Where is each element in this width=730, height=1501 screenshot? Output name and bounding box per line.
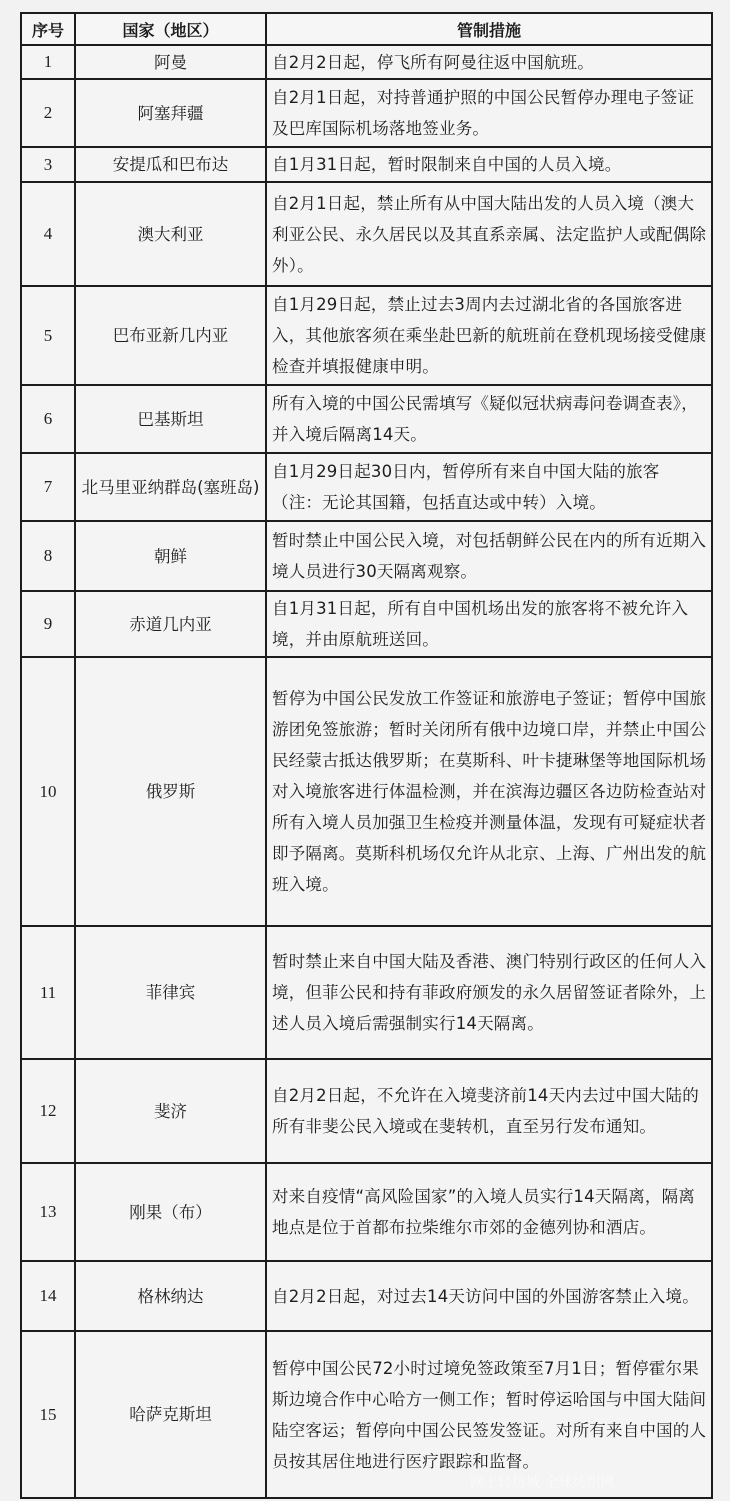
row-measure: 自2月1日起，对持普通护照的中国公民暂停办理电子签证及巴库国际机场落地签业务。	[266, 79, 712, 147]
row-country: 俄罗斯	[75, 657, 266, 926]
table-row: 14格林纳达自2月2日起，对过去14天访问中国的外国游客禁止入境。	[21, 1261, 712, 1331]
table-row: 11菲律宾暂时禁止来自中国大陆及香港、澳门特别行政区的任何人入境，但菲公民和持有…	[21, 926, 712, 1059]
row-measure: 所有入境的中国公民需填写《疑似冠状病毒问卷调查表》，并入境后隔离14天。	[266, 385, 712, 453]
row-measure: 自1月29日起30日内，暂停所有来自中国大陆的旅客（注：无论其国籍，包括直达或中…	[266, 453, 712, 521]
row-country: 斐济	[75, 1059, 266, 1163]
row-number: 8	[21, 521, 75, 591]
row-measure: 暂时禁止来自中国大陆及香港、澳门特别行政区的任何人入境，但菲公民和持有菲政府颁发…	[266, 926, 712, 1059]
row-number: 10	[21, 657, 75, 926]
table-row: 2阿塞拜疆自2月1日起，对持普通护照的中国公民暂停办理电子签证及巴库国际机场落地…	[21, 79, 712, 147]
row-number: 6	[21, 385, 75, 453]
table-row: 5巴布亚新几内亚自1月29日起，禁止过去3周内去过湖北省的各国旅客进入，其他旅客…	[21, 286, 712, 385]
row-country: 澳大利亚	[75, 182, 266, 286]
row-measure: 对来自疫情“高风险国家”的入境人员实行14天隔离，隔离地点是位于首都布拉柴维尔市…	[266, 1163, 712, 1261]
row-country: 菲律宾	[75, 926, 266, 1059]
table-row: 6巴基斯坦所有入境的中国公民需填写《疑似冠状病毒问卷调查表》，并入境后隔离14天…	[21, 385, 712, 453]
table-header-row: 序号 国家（地区） 管制措施	[21, 13, 712, 45]
table-row: 7北马里亚纳群岛(塞班岛)自1月29日起30日内，暂停所有来自中国大陆的旅客（注…	[21, 453, 712, 521]
watermark: 网上轻纺城 全球纺织网	[470, 1472, 614, 1492]
row-measure: 自1月29日起，禁止过去3周内去过湖北省的各国旅客进入，其他旅客须在乘坐赴巴新的…	[266, 286, 712, 385]
row-number: 15	[21, 1331, 75, 1498]
row-country: 阿塞拜疆	[75, 79, 266, 147]
row-country: 巴布亚新几内亚	[75, 286, 266, 385]
row-measure: 自2月2日起，不允许在入境斐济前14天内去过中国大陆的所有非斐公民入境或在斐转机…	[266, 1059, 712, 1163]
row-country: 朝鲜	[75, 521, 266, 591]
table-row: 4澳大利亚自2月1日起，禁止所有从中国大陆出发的人员入境（澳大利亚公民、永久居民…	[21, 182, 712, 286]
table-row: 9赤道几内亚自1月31日起，所有自中国机场出发的旅客将不被允许入境，并由原航班送…	[21, 591, 712, 657]
table-row: 12斐济自2月2日起，不允许在入境斐济前14天内去过中国大陆的所有非斐公民入境或…	[21, 1059, 712, 1163]
table-row: 1阿曼自2月2日起，停飞所有阿曼往返中国航班。	[21, 45, 712, 79]
row-number: 1	[21, 45, 75, 79]
row-number: 3	[21, 147, 75, 182]
row-measure: 自2月2日起，对过去14天访问中国的外国游客禁止入境。	[266, 1261, 712, 1331]
row-number: 5	[21, 286, 75, 385]
row-number: 12	[21, 1059, 75, 1163]
row-country: 赤道几内亚	[75, 591, 266, 657]
row-measure: 自1月31日起，所有自中国机场出发的旅客将不被允许入境，并由原航班送回。	[266, 591, 712, 657]
table-row: 10俄罗斯暂停为中国公民发放工作签证和旅游电子签证；暂停中国旅游团免签旅游；暂时…	[21, 657, 712, 926]
row-measure: 暂停为中国公民发放工作签证和旅游电子签证；暂停中国旅游团免签旅游；暂时关闭所有俄…	[266, 657, 712, 926]
row-number: 14	[21, 1261, 75, 1331]
row-country: 哈萨克斯坦	[75, 1331, 266, 1498]
row-measure: 暂时禁止中国公民入境，对包括朝鲜公民在内的所有近期入境人员进行30天隔离观察。	[266, 521, 712, 591]
row-number: 11	[21, 926, 75, 1059]
row-number: 13	[21, 1163, 75, 1261]
row-number: 9	[21, 591, 75, 657]
header-country: 国家（地区）	[75, 13, 266, 45]
header-number: 序号	[21, 13, 75, 45]
row-country: 刚果（布）	[75, 1163, 266, 1261]
row-country: 巴基斯坦	[75, 385, 266, 453]
table-row: 3安提瓜和巴布达自1月31日起，暂时限制来自中国的人员入境。	[21, 147, 712, 182]
row-number: 7	[21, 453, 75, 521]
row-measure: 自1月31日起，暂时限制来自中国的人员入境。	[266, 147, 712, 182]
row-country: 北马里亚纳群岛(塞班岛)	[75, 453, 266, 521]
row-measure: 自2月2日起，停飞所有阿曼往返中国航班。	[266, 45, 712, 79]
control-measures-table: 序号 国家（地区） 管制措施 1阿曼自2月2日起，停飞所有阿曼往返中国航班。2阿…	[20, 12, 713, 1499]
row-country: 安提瓜和巴布达	[75, 147, 266, 182]
row-number: 2	[21, 79, 75, 147]
row-country: 格林纳达	[75, 1261, 266, 1331]
row-number: 4	[21, 182, 75, 286]
table-row: 8朝鲜暂时禁止中国公民入境，对包括朝鲜公民在内的所有近期入境人员进行30天隔离观…	[21, 521, 712, 591]
header-measures: 管制措施	[266, 13, 712, 45]
table-row: 13刚果（布）对来自疫情“高风险国家”的入境人员实行14天隔离，隔离地点是位于首…	[21, 1163, 712, 1261]
row-country: 阿曼	[75, 45, 266, 79]
row-measure: 自2月1日起，禁止所有从中国大陆出发的人员入境（澳大利亚公民、永久居民以及其直系…	[266, 182, 712, 286]
